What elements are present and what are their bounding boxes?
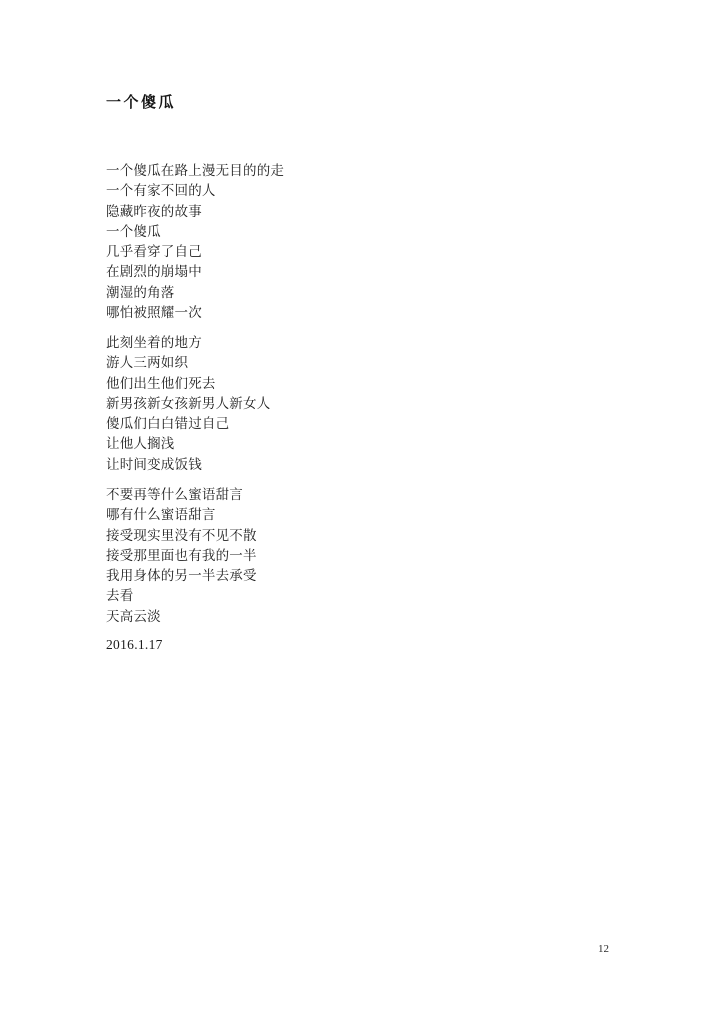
poem-line: 不要再等什么蜜语甜言 bbox=[106, 485, 257, 505]
poem-line: 去看 bbox=[106, 586, 257, 606]
poem-line: 在剧烈的崩塌中 bbox=[106, 262, 284, 282]
poem-line: 潮湿的角落 bbox=[106, 283, 284, 303]
poem-line: 隐藏昨夜的故事 bbox=[106, 202, 284, 222]
poem-line: 一个傻瓜在路上漫无目的的走 bbox=[106, 161, 284, 181]
poem-stanza-3: 不要再等什么蜜语甜言 哪有什么蜜语甜言 接受现实里没有不见不散 接受那里面也有我… bbox=[106, 485, 257, 627]
poem-line: 接受现实里没有不见不散 bbox=[106, 526, 257, 546]
poem-line: 新男孩新女孩新男人新女人 bbox=[106, 394, 270, 414]
page-number: 12 bbox=[598, 943, 609, 955]
poem-line: 哪怕被照耀一次 bbox=[106, 303, 284, 323]
poem-line: 我用身体的另一半去承受 bbox=[106, 566, 257, 586]
poem-line: 一个傻瓜 bbox=[106, 222, 284, 242]
poem-stanza-1: 一个傻瓜在路上漫无目的的走 一个有家不回的人 隐藏昨夜的故事 一个傻瓜 几乎看穿… bbox=[106, 161, 284, 323]
poem-title: 一个傻瓜 bbox=[106, 91, 176, 112]
poem-line: 此刻坐着的地方 bbox=[106, 333, 270, 353]
poem-line: 游人三两如织 bbox=[106, 353, 270, 373]
poem-line: 让时间变成饭钱 bbox=[106, 455, 270, 475]
poem-line: 哪有什么蜜语甜言 bbox=[106, 505, 257, 525]
poem-line: 一个有家不回的人 bbox=[106, 181, 284, 201]
poem-line: 让他人搁浅 bbox=[106, 434, 270, 454]
poem-line: 接受那里面也有我的一半 bbox=[106, 546, 257, 566]
poem-line: 几乎看穿了自己 bbox=[106, 242, 284, 262]
poem-date: 2016.1.17 bbox=[106, 637, 163, 653]
poem-line: 他们出生他们死去 bbox=[106, 374, 270, 394]
poem-line: 天高云淡 bbox=[106, 607, 257, 627]
document-page: 一个傻瓜 一个傻瓜在路上漫无目的的走 一个有家不回的人 隐藏昨夜的故事 一个傻瓜… bbox=[0, 0, 724, 1023]
poem-line: 傻瓜们白白错过自己 bbox=[106, 414, 270, 434]
poem-stanza-2: 此刻坐着的地方 游人三两如织 他们出生他们死去 新男孩新女孩新男人新女人 傻瓜们… bbox=[106, 333, 270, 475]
